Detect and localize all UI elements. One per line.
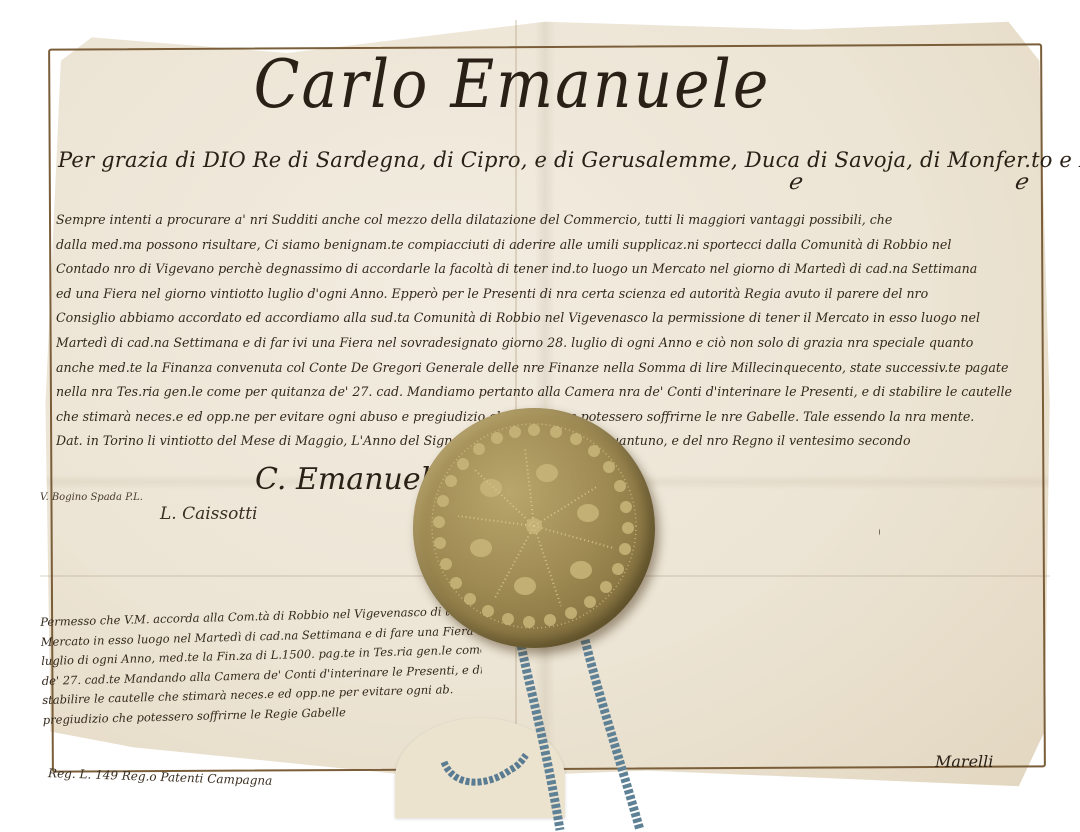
- document-photo: Carlo Emanuele Per grazia di DIO Re di S…: [0, 0, 1080, 832]
- star-seal-icon: [413, 408, 655, 648]
- gilded-seal: [413, 408, 655, 648]
- flourish-stroke-icon: [870, 520, 880, 770]
- countersign-signature: Marelli: [935, 752, 993, 771]
